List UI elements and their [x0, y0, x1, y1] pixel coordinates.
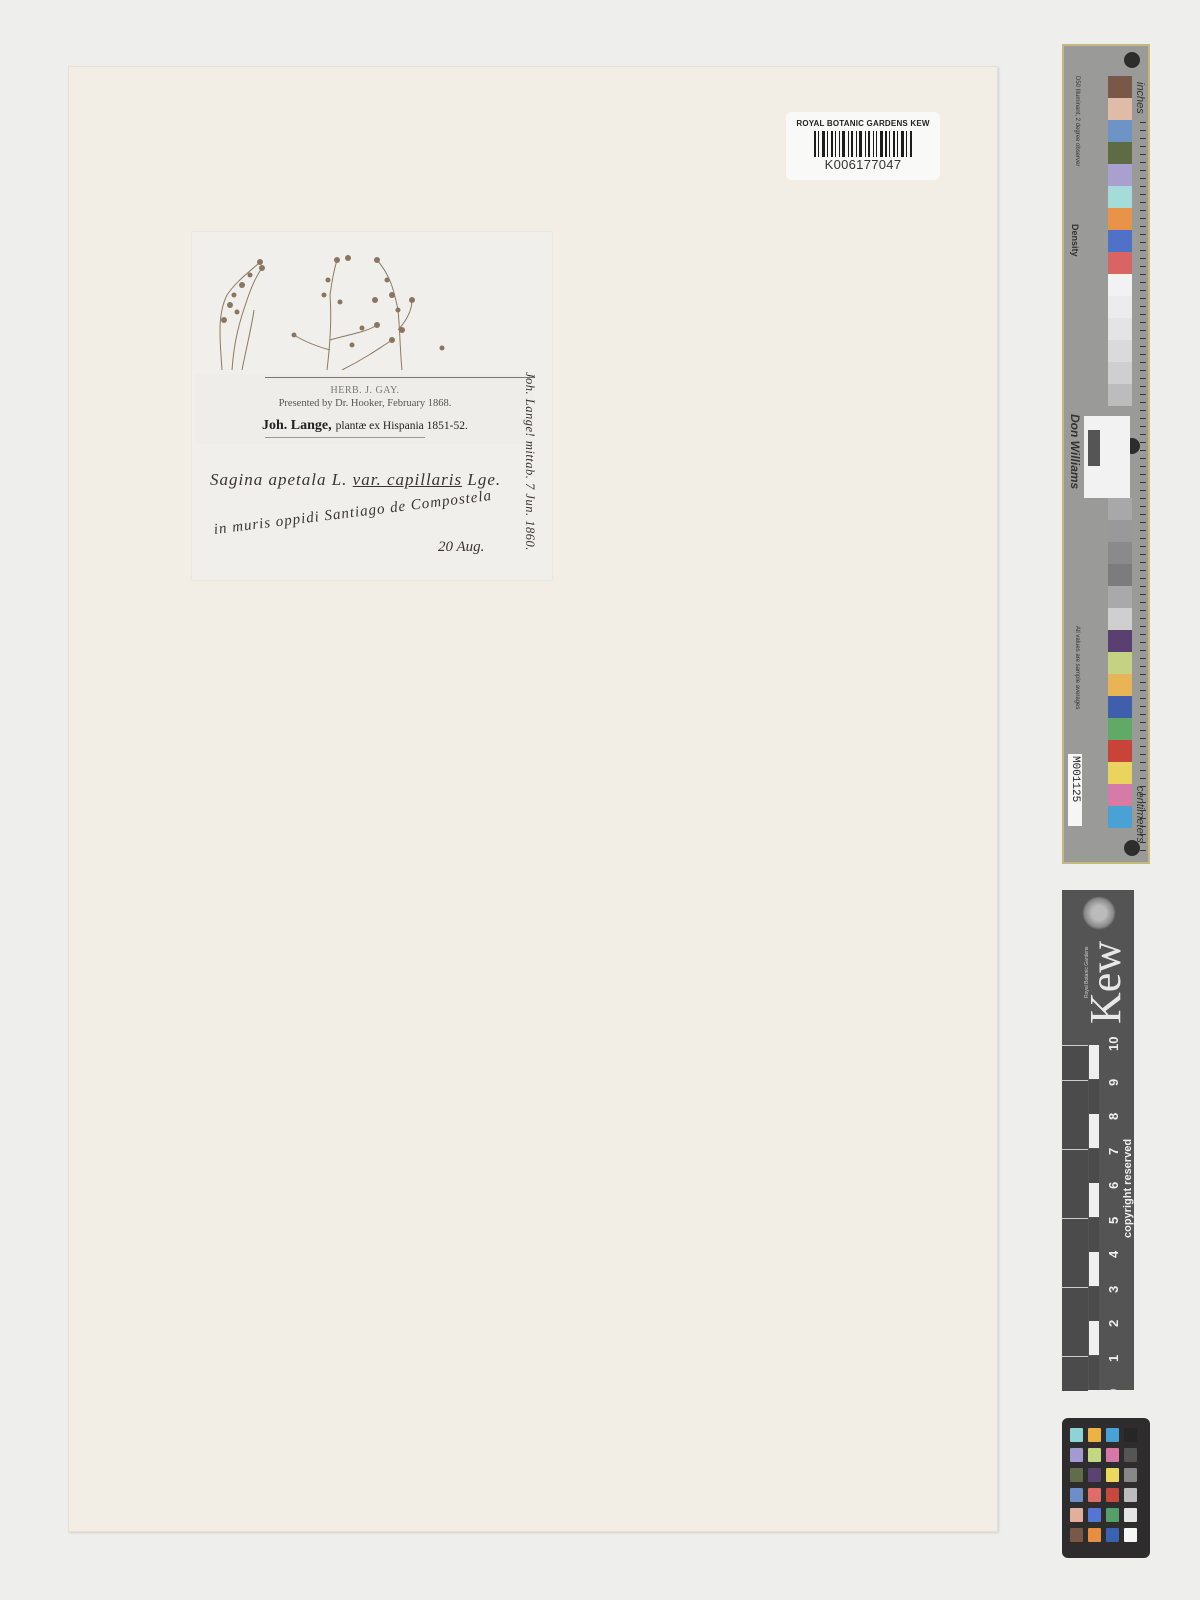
- checker-patch: [1124, 1488, 1137, 1502]
- herbarium-name: HERB. J. GAY.: [195, 385, 535, 396]
- color-swatch: [1108, 384, 1132, 406]
- barcode-number: K006177047: [786, 157, 940, 172]
- inches-label: inches: [1134, 82, 1146, 114]
- scale-tick-label: 4: [1106, 1251, 1121, 1258]
- checker-patch: [1070, 1448, 1083, 1462]
- color-swatch: [1108, 762, 1132, 784]
- color-swatch: [1108, 542, 1132, 564]
- resolution-target: [1084, 416, 1130, 498]
- taxon-variety: var. capillaris: [353, 470, 462, 489]
- checker-patch: [1088, 1488, 1101, 1502]
- scale-half-segment: [1089, 1252, 1099, 1286]
- scale-tick-label: 6: [1106, 1182, 1121, 1189]
- handwritten-taxon-name: Sagina apetala L. var. capillaris Lge.: [210, 470, 501, 490]
- scale-half-segment: [1089, 1287, 1099, 1321]
- taxon-authority: Lge.: [467, 470, 501, 489]
- color-swatch: [1108, 98, 1132, 120]
- color-swatches-bottom: [1108, 498, 1132, 828]
- checker-patch: [1124, 1448, 1137, 1462]
- checker-patch: [1070, 1488, 1083, 1502]
- kew-crest-icon: [1082, 896, 1116, 930]
- color-swatch: [1108, 520, 1132, 542]
- scale-segment: [1062, 1149, 1088, 1184]
- color-swatch: [1108, 142, 1132, 164]
- scale-tick-label: 5: [1106, 1216, 1121, 1223]
- color-swatch: [1108, 564, 1132, 586]
- institution-name: ROYAL BOTANIC GARDENS KEW: [786, 119, 940, 128]
- ruler-serial-label: M001125: [1068, 754, 1082, 826]
- checker-patch: [1088, 1428, 1101, 1442]
- color-swatch: [1108, 608, 1132, 630]
- scale-tick-label: 9: [1106, 1078, 1121, 1085]
- scale-half-segment: [1089, 1114, 1099, 1148]
- checker-patch: [1070, 1428, 1083, 1442]
- scale-segment: [1062, 1045, 1088, 1080]
- color-swatch: [1108, 806, 1132, 828]
- checker-patch: [1124, 1468, 1137, 1482]
- color-swatch: [1108, 586, 1132, 608]
- scale-tick-label: 2: [1106, 1320, 1121, 1327]
- checker-patch: [1070, 1468, 1083, 1482]
- color-swatch: [1108, 630, 1132, 652]
- color-swatch: [1108, 120, 1132, 142]
- density-label: Density: [1070, 224, 1080, 257]
- scale-segment: [1062, 1114, 1088, 1149]
- checker-patch: [1070, 1508, 1083, 1522]
- scale-half-segment: [1089, 1080, 1099, 1114]
- ruler-hole-top: [1124, 52, 1140, 68]
- color-swatch: [1108, 274, 1132, 296]
- scale-tick-label: 8: [1106, 1113, 1121, 1120]
- handwritten-locality: in muris oppidi Santiago de Compostela: [213, 488, 493, 539]
- checker-patch: [1088, 1468, 1101, 1482]
- scale-segment: [1062, 1287, 1088, 1322]
- checker-patch: [1088, 1508, 1101, 1522]
- ruler-brand: Don Williams: [1068, 414, 1082, 489]
- checker-patch: [1106, 1468, 1119, 1482]
- scale-tick-label: 1: [1106, 1354, 1121, 1361]
- scale-half-segment: [1089, 1321, 1099, 1355]
- color-swatch: [1108, 652, 1132, 674]
- color-checker-grid: [1070, 1428, 1137, 1542]
- specimen-mount: HERB. J. GAY. Presented by Dr. Hooker, F…: [192, 232, 552, 580]
- color-swatch: [1108, 230, 1132, 252]
- scale-tick-label: 7: [1106, 1147, 1121, 1154]
- dried-plant-specimen: [202, 240, 452, 370]
- kew-scale-bar: Royal Botanic Gardens Kew 012345678910cm…: [1062, 890, 1134, 1390]
- kew-logo: Kew: [1080, 941, 1131, 1024]
- color-swatch: [1108, 208, 1132, 230]
- provenance-text: Presented by Dr. Hooker, February 1868.: [195, 398, 535, 409]
- ruler-ticks: [1140, 122, 1146, 852]
- centimeters-label: centimeters: [1134, 786, 1146, 843]
- scale-half-segment: [1089, 1356, 1099, 1390]
- scale-tick-label: 3: [1106, 1285, 1121, 1292]
- scale-segment: [1062, 1252, 1088, 1287]
- scale-segment: [1062, 1183, 1088, 1218]
- scale-tick-label: 10: [1106, 1037, 1121, 1051]
- color-calibration-ruler: inches centimeters D50 Illuminant, 2 deg…: [1062, 44, 1150, 864]
- handwritten-date: 20 Aug.: [438, 539, 484, 556]
- checker-patch: [1088, 1528, 1101, 1542]
- checker-patch: [1106, 1528, 1119, 1542]
- illuminant-note: D50 Illuminant, 2 degree observer: [1074, 76, 1080, 166]
- scale-unit-label: cm: [1106, 1393, 1121, 1412]
- color-checker-card: [1062, 1418, 1150, 1558]
- color-swatch: [1108, 340, 1132, 362]
- scale-bars: [1062, 1034, 1100, 1390]
- checker-patch: [1106, 1508, 1119, 1522]
- color-swatch: [1108, 164, 1132, 186]
- checker-patch: [1088, 1448, 1101, 1462]
- checker-patch: [1124, 1508, 1137, 1522]
- taxon-binomial: Sagina apetala L.: [210, 470, 347, 489]
- scale-half-segment: [1089, 1183, 1099, 1217]
- color-swatch: [1108, 674, 1132, 696]
- color-swatch: [1108, 252, 1132, 274]
- collection-title: plantæ ex Hispania 1851-52.: [336, 420, 468, 432]
- label-rule: [265, 377, 535, 378]
- color-swatch: [1108, 498, 1132, 520]
- printed-collection-label: HERB. J. GAY. Presented by Dr. Hooker, F…: [195, 374, 535, 444]
- label-underline: [265, 437, 425, 438]
- checker-patch: [1070, 1528, 1083, 1542]
- scale-half-segment: [1089, 1045, 1099, 1079]
- color-swatch: [1108, 696, 1132, 718]
- checker-patch: [1106, 1488, 1119, 1502]
- ruler-serial: M001125: [1069, 756, 1081, 802]
- copyright-text: copyright reserved: [1122, 1139, 1134, 1238]
- color-swatch: [1108, 318, 1132, 340]
- color-swatch: [1108, 740, 1132, 762]
- handwritten-side-note: Joh. Lange! mittab. 7 Jun. 1860.: [522, 372, 537, 551]
- checker-patch: [1124, 1428, 1137, 1442]
- scale-segment: [1062, 1321, 1088, 1356]
- collector-name: Joh. Lange,: [262, 418, 332, 433]
- color-swatch: [1108, 296, 1132, 318]
- scale-segment: [1062, 1356, 1088, 1391]
- collection-line: Joh. Lange, plantæ ex Hispania 1851-52.: [262, 416, 468, 434]
- color-swatch: [1108, 186, 1132, 208]
- color-swatches-top: [1108, 76, 1132, 406]
- barcode-label: ROYAL BOTANIC GARDENS KEW K006177047: [786, 112, 940, 180]
- barcode: [814, 131, 912, 157]
- color-swatch: [1108, 76, 1132, 98]
- color-swatch: [1108, 784, 1132, 806]
- checker-patch: [1106, 1448, 1119, 1462]
- color-swatch: [1108, 362, 1132, 384]
- scale-half-segment: [1089, 1218, 1099, 1252]
- checker-patch: [1106, 1428, 1119, 1442]
- sample-note: All values are sample averages: [1074, 626, 1080, 709]
- checker-patch: [1124, 1528, 1137, 1542]
- scale-segment: [1062, 1080, 1088, 1115]
- scale-segment: [1062, 1218, 1088, 1253]
- color-swatch: [1108, 718, 1132, 740]
- scale-half-segment: [1089, 1149, 1099, 1183]
